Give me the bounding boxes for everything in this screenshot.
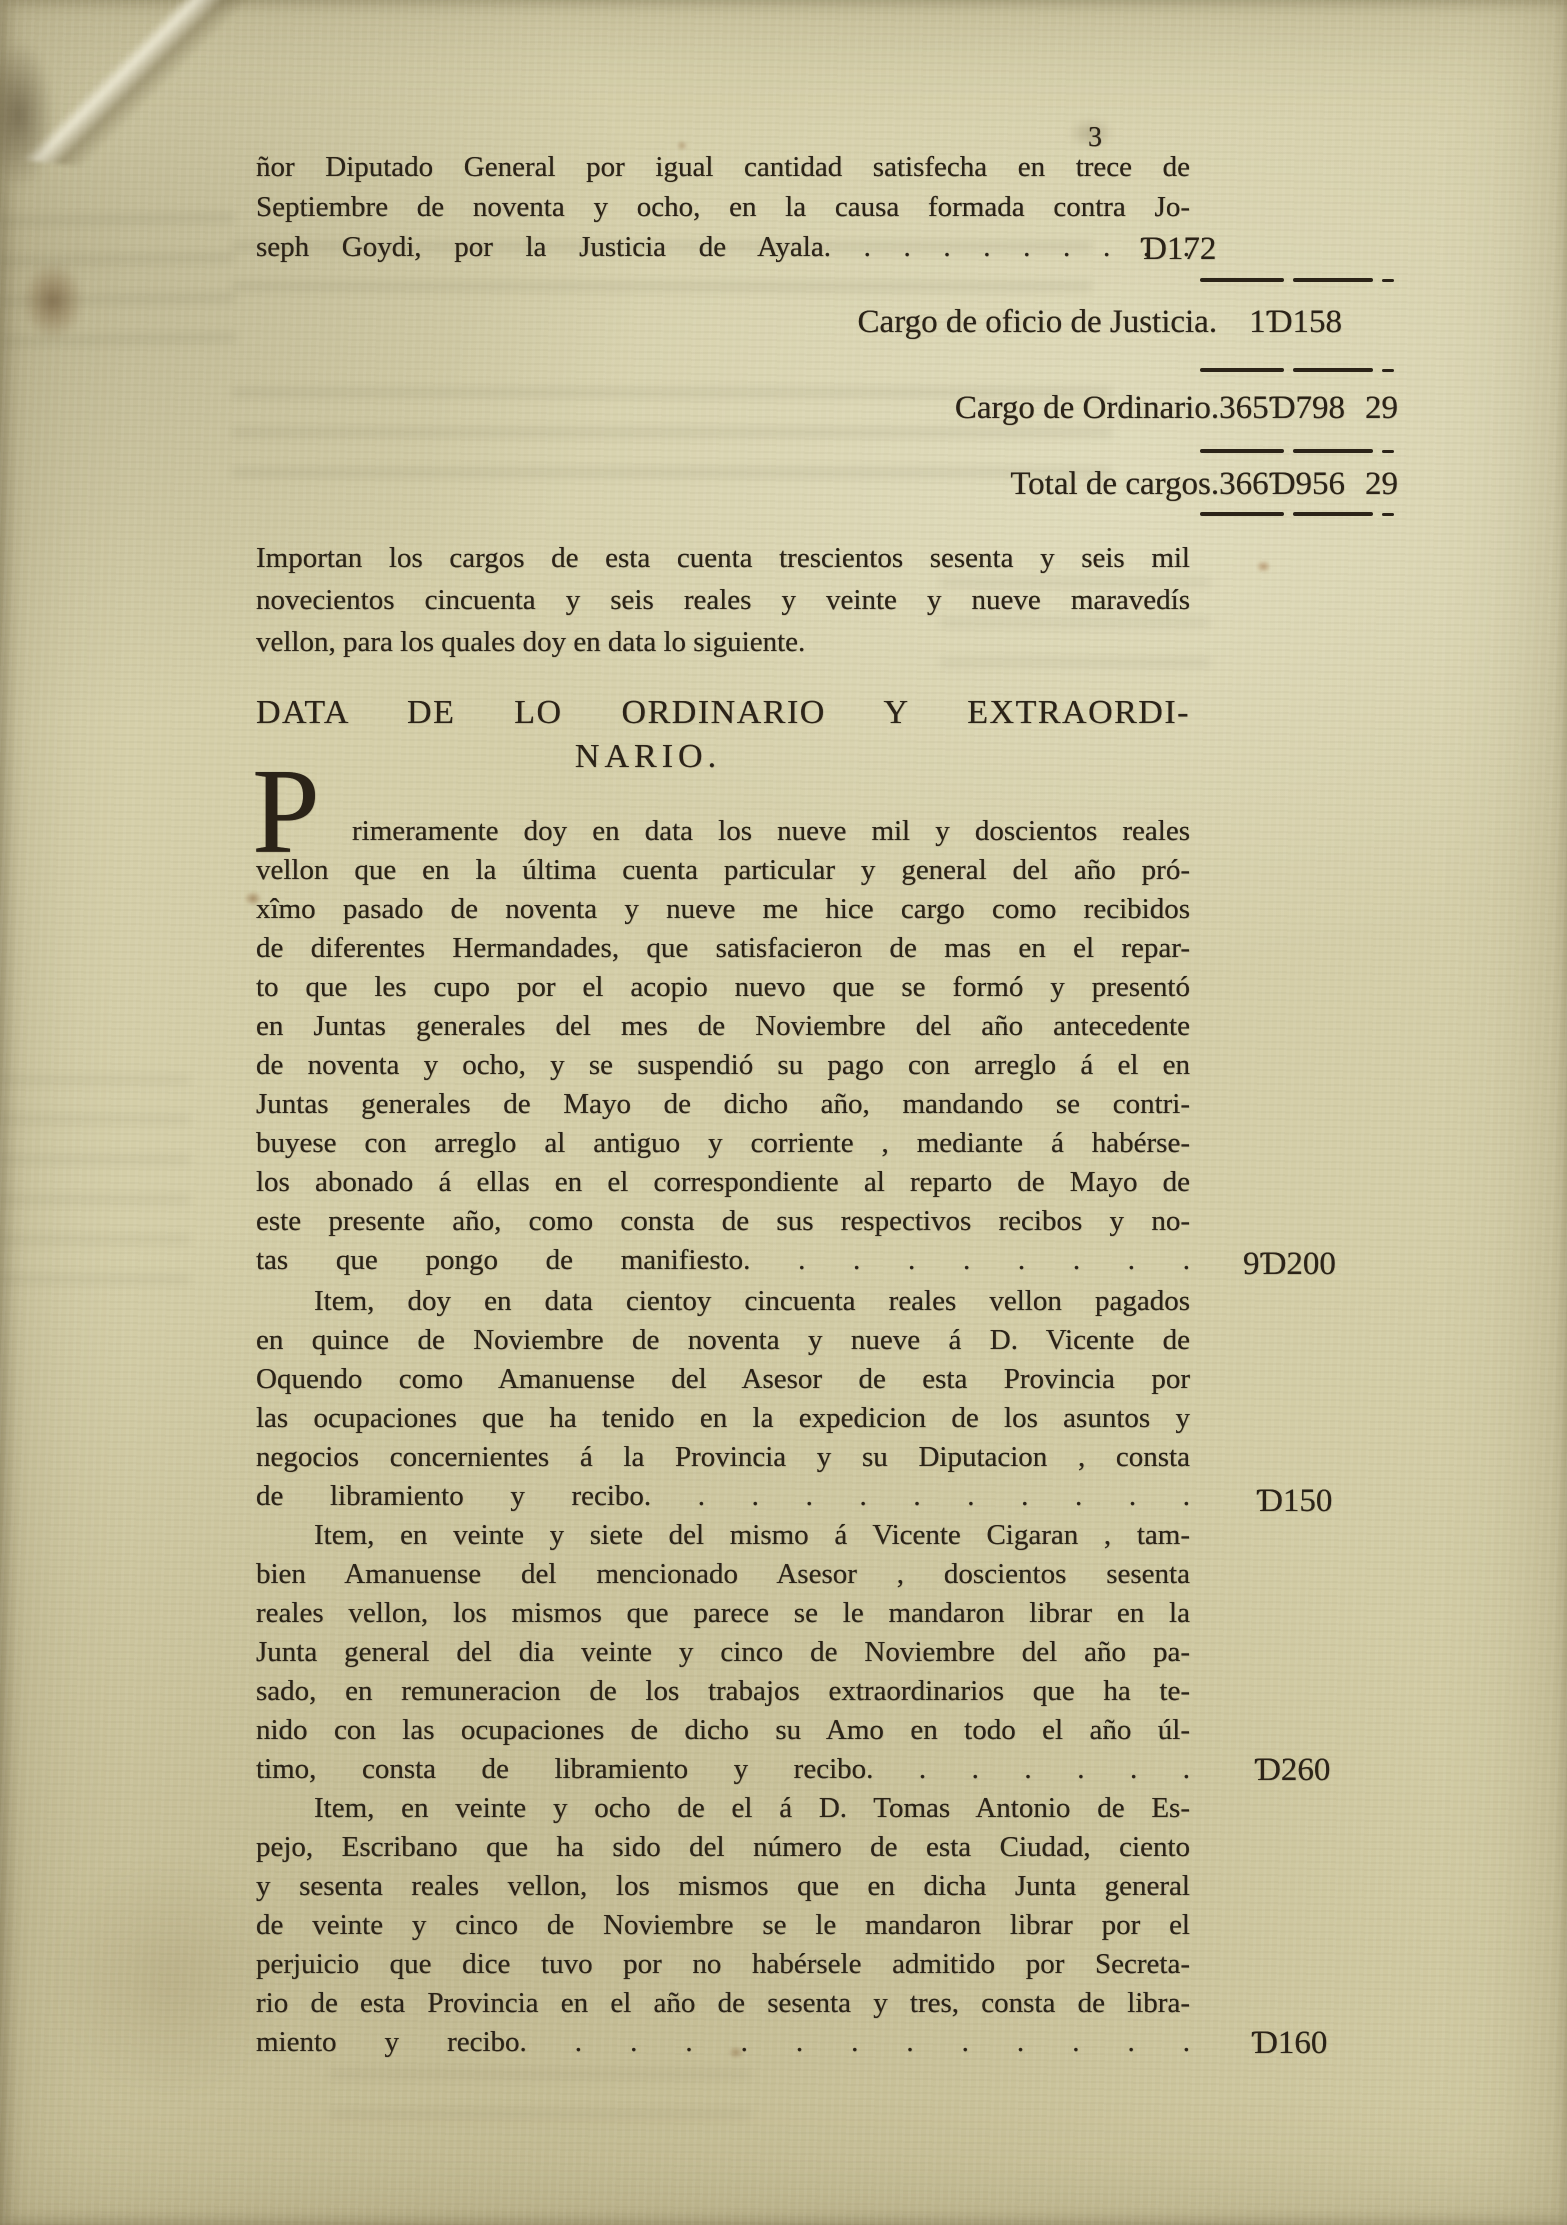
importan-paragraph: Importan los cargos de esta cuenta tresc…: [256, 537, 1190, 663]
entry-line: los abonado á ellas en el correspondient…: [256, 1163, 1190, 1202]
entry-paragraph-1: rimeramente doy en data los nueve mil y …: [256, 812, 1190, 1280]
summary-row-cargo-oficio-justicia: Cargo de oficio de Justicia.1Ɗ158: [256, 304, 1342, 340]
section-heading-line1: DATA DE LO ORDINARIO Y EXTRAORDI-: [256, 694, 1190, 732]
entry-line: rio de esta Provincia en el año de sesen…: [256, 1984, 1190, 2023]
entry-amount: Ɗ160: [1251, 2025, 1327, 2061]
opening-line: Septiembre de noventa y ocho, en la caus…: [256, 187, 1190, 227]
entry-line-with-leader-dots: miento y recibo. . . . . . . . . . . . .: [256, 2023, 1190, 2062]
entry-line: rimeramente doy en data los nueve mil y …: [256, 812, 1190, 851]
sum-rule: [1200, 512, 1396, 516]
summary-label: Cargo de Ordinario.: [955, 390, 1219, 426]
entry-line: este presente año, como consta de sus re…: [256, 1202, 1190, 1241]
bleed-through-text: [0, 183, 236, 347]
summary-maravedis: 29: [1365, 390, 1398, 426]
paper-stain: [48, 1860, 288, 2100]
entry-line: xîmo pasado de noventa y nueve me hice c…: [256, 890, 1190, 929]
entry-line: buyese con arreglo al antiguo y corrient…: [256, 1124, 1190, 1163]
entry-line: perjuicio que dice tuvo por no habérsele…: [256, 1945, 1190, 1984]
entry-line: negocios concernientes á la Provincia y …: [256, 1438, 1190, 1477]
opening-amount: Ɗ172: [1140, 231, 1216, 267]
entry-line: to que les cupo por el acopio nuevo que …: [256, 968, 1190, 1007]
entry-paragraph-4: Item, en veinte y ocho de el á D. Tomas …: [256, 1789, 1190, 2062]
entry-line-with-leader-dots: de libramiento y recibo. . . . . . . . .…: [256, 1477, 1190, 1516]
paper-stain: [1256, 560, 1271, 573]
summary-reales: 365Ɗ798: [1219, 390, 1345, 426]
summary-label: Cargo de oficio de Justicia.: [858, 304, 1218, 340]
entry-paragraph-2: Item, doy en data cientoy cincuenta real…: [256, 1282, 1190, 1516]
sum-rule: [1200, 368, 1396, 372]
entry-amount: Ɗ150: [1256, 1483, 1332, 1519]
summary-reales: 1Ɗ158: [1249, 304, 1342, 340]
entry-line-with-leader-dots: tas que pongo de manifiesto. . . . . . .…: [256, 1241, 1190, 1280]
importan-line: novecientos cincuenta y seis reales y ve…: [256, 579, 1190, 621]
entry-line: Junta general del dia veinte y cinco de …: [256, 1633, 1190, 1672]
entry-line-with-leader-dots: timo, consta de libramiento y recibo. . …: [256, 1750, 1190, 1789]
entry-line: reales vellon, los mismos que parece se …: [256, 1594, 1190, 1633]
entry-line: de veinte y cinco de Noviembre se le man…: [256, 1906, 1190, 1945]
entry-line: sado, en remuneracion de los trabajos ex…: [256, 1672, 1190, 1711]
entry-line: en quince de Noviembre de noventa y nuev…: [256, 1321, 1190, 1360]
document-page: 3 ñor Diputado General por igual cantida…: [0, 0, 1567, 2225]
entry-line: Juntas generales de Mayo de dicho año, m…: [256, 1085, 1190, 1124]
entry-line: Oquendo como Amanuense del Asesor de est…: [256, 1360, 1190, 1399]
entry-line: vellon que en la última cuenta particula…: [256, 851, 1190, 890]
section-heading-line2: NARIO.: [256, 738, 1040, 776]
summary-label: Total de cargos.: [1010, 466, 1219, 502]
importan-line: Importan los cargos de esta cuenta tresc…: [256, 537, 1190, 579]
summary-row-cargo-ordinario: Cargo de Ordinario.365Ɗ79829: [256, 390, 1398, 426]
entry-line: las ocupaciones que ha tenido en la expe…: [256, 1399, 1190, 1438]
entry-line: nido con las ocupaciones de dicho su Amo…: [256, 1711, 1190, 1750]
sum-rule: [1200, 278, 1396, 282]
entry-line: de diferentes Hermandades, que satisfaci…: [256, 929, 1190, 968]
summary-reales: 366Ɗ956: [1219, 466, 1345, 502]
entry-line: y sesenta reales vellon, los mismos que …: [256, 1867, 1190, 1906]
bleed-through-text: [330, 2060, 750, 2120]
bleed-through-text: [0, 1075, 190, 1285]
entry-line: bien Amanuense del mencionado Asesor , d…: [256, 1555, 1190, 1594]
entry-line: Item, doy en data cientoy cincuenta real…: [256, 1282, 1190, 1321]
entry-line: Item, en veinte y siete del mismo á Vice…: [256, 1516, 1190, 1555]
summary-maravedis: 29: [1365, 466, 1398, 502]
summary-row-total-cargos: Total de cargos.366Ɗ95629: [256, 466, 1398, 502]
entry-line: de noventa y ocho, y se suspendió su pag…: [256, 1046, 1190, 1085]
entry-line: pejo, Escribano que ha sido del número d…: [256, 1828, 1190, 1867]
opening-line-with-leader-dots: seph Goydi, por la Justicia de Ayala. . …: [256, 227, 1190, 267]
sum-rule: [1200, 449, 1396, 453]
entry-amount: 9Ɗ200: [1243, 1246, 1336, 1282]
entry-amount: Ɗ260: [1254, 1752, 1330, 1788]
entry-paragraph-3: Item, en veinte y siete del mismo á Vice…: [256, 1516, 1190, 1789]
opening-line: ñor Diputado General por igual cantidad …: [256, 147, 1190, 187]
entry-line: en Juntas generales del mes de Noviembre…: [256, 1007, 1190, 1046]
entry-line: Item, en veinte y ocho de el á D. Tomas …: [256, 1789, 1190, 1828]
importan-line: vellon, para los quales doy en data lo s…: [256, 621, 1190, 663]
opening-paragraph: ñor Diputado General por igual cantidad …: [256, 147, 1190, 267]
paper-stain: [22, 262, 84, 340]
